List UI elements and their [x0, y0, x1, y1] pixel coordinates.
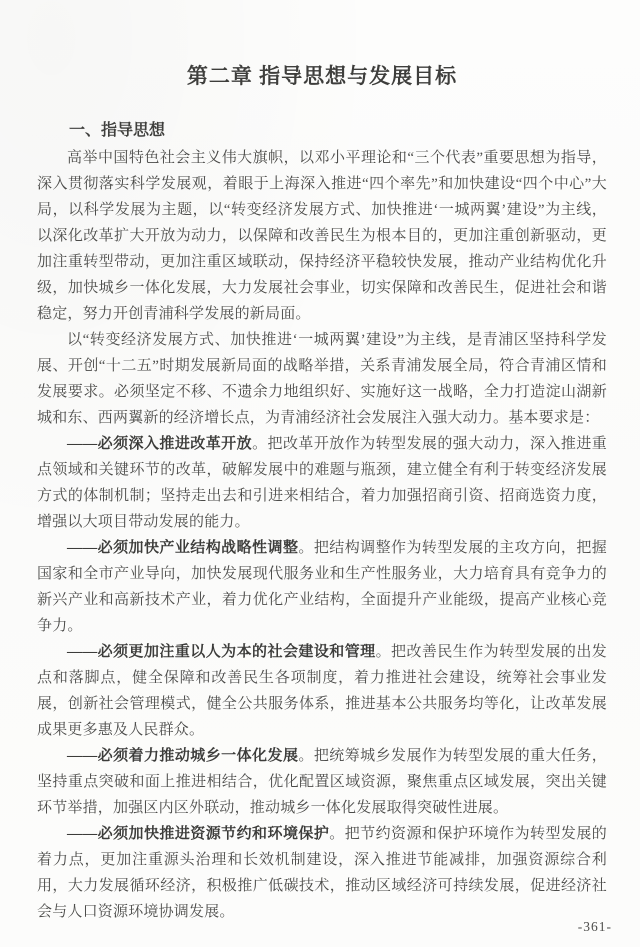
page-number: -361- [578, 919, 612, 935]
paragraph-lead: ——必须加快产业结构战略性调整 [67, 540, 298, 556]
paragraph-lead: ——必须更加注重以人为本的社会建设和管理 [67, 644, 376, 660]
chapter-title: 第二章 指导思想与发展目标 [37, 60, 607, 90]
paragraph-bullet-resource-environment: ——必须加快推进资源节约和环境保护。把节约资源和保护环境作为转型发展的着力点，更… [37, 821, 607, 925]
paragraph-main-line: 以“转变经济发展方式、加快推进‘一城两翼’建设”为主线，是青浦区坚持科学发展、开… [37, 327, 607, 431]
paragraph-body: 以“转变经济发展方式、加快推进‘一城两翼’建设”为主线，是青浦区坚持科学发展、开… [37, 332, 607, 426]
paragraph-guiding-ideology: 高举中国特色社会主义伟大旗帜，以邓小平理论和“三个代表”重要思想为指导，深入贯彻… [37, 145, 607, 327]
section-heading: 一、指导思想 [37, 117, 607, 140]
paragraph-bullet-industrial-structure: ——必须加快产业结构战略性调整。把结构调整作为转型发展的主攻方向，把握国家和全市… [37, 535, 607, 639]
document-page: 第二章 指导思想与发展目标 一、指导思想 高举中国特色社会主义伟大旗帜，以邓小平… [0, 0, 640, 947]
paragraph-body: 高举中国特色社会主义伟大旗帜，以邓小平理论和“三个代表”重要思想为指导，深入贯彻… [37, 150, 607, 322]
paragraph-bullet-urban-rural-integration: ——必须着力推动城乡一体化发展。把统筹城乡发展作为转型发展的重大任务，坚持重点突… [37, 743, 607, 821]
paragraph-bullet-reform-opening: ——必须深入推进改革开放。把改革开放作为转型发展的强大动力，深入推进重点领域和关… [37, 431, 607, 535]
paragraph-lead: ——必须深入推进改革开放 [67, 436, 252, 452]
paragraph-bullet-social-construction: ——必须更加注重以人为本的社会建设和管理。把改善民生作为转型发展的出发点和落脚点… [37, 639, 607, 743]
document-content: 第二章 指导思想与发展目标 一、指导思想 高举中国特色社会主义伟大旗帜，以邓小平… [37, 60, 607, 925]
paragraph-lead: ——必须加快推进资源节约和环境保护 [67, 826, 329, 842]
paragraph-lead: ——必须着力推动城乡一体化发展 [67, 748, 298, 764]
